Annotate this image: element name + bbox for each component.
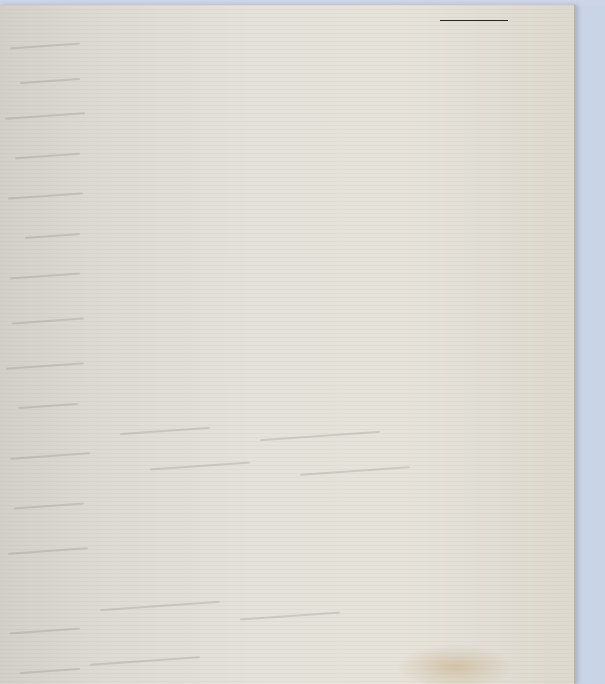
- bleed-through-text: [0, 5, 574, 684]
- water-stain: [395, 645, 515, 684]
- line-flourish: [440, 20, 508, 21]
- manuscript-page: [0, 5, 576, 684]
